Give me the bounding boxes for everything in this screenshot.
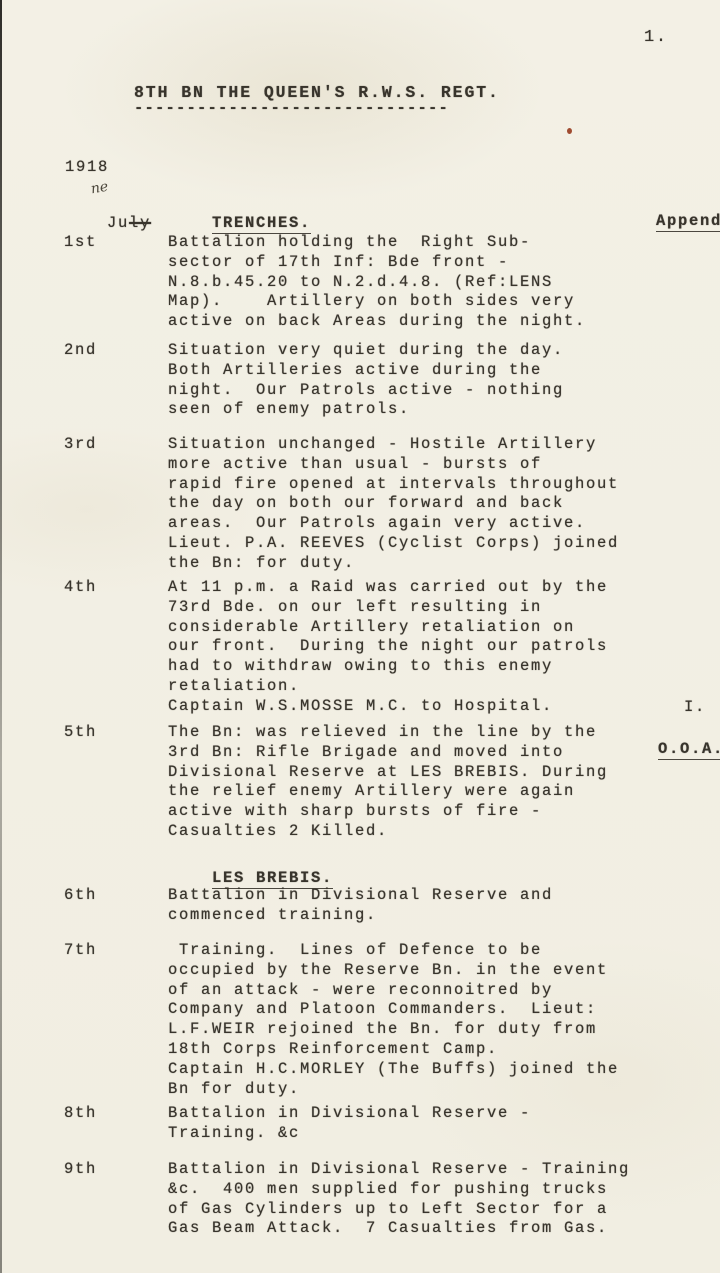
diary-entry-7th: 7th Training. Lines of Defence to be occ… (0, 941, 720, 1020)
entry-text: Battalion in Divisional Reserve - Traini… (168, 1160, 630, 1239)
entry-date: 9th (64, 1160, 97, 1180)
war-diary-page: 1. 8TH BN THE QUEEN'S R.W.S. REGT. -----… (0, 0, 720, 1273)
entry-text: Battalion holding the Right Sub- sector … (168, 233, 586, 332)
entry-date: 5th (64, 723, 97, 743)
diary-entry-5th: 5th The Bn: was relieved in the line by … (0, 723, 720, 802)
entry-text: Battalion in Divisional Reserve - Traini… (168, 1104, 531, 1144)
month-prefix: Ju (107, 214, 129, 232)
diary-entry-4th: 4th At 11 p.m. a Raid was carried out by… (0, 578, 720, 657)
handwritten-correction: ne (90, 178, 110, 200)
document-title-underline: ------------------------------ (134, 99, 449, 119)
diary-entry-9th: 9th Battalion in Divisional Reserve - Tr… (0, 1160, 720, 1239)
ink-spot (567, 128, 572, 134)
entry-text: At 11 p.m. a Raid was carried out by the… (168, 578, 608, 717)
entry-text: Situation very quiet during the day. Bot… (168, 341, 564, 420)
entry-date: 3rd (64, 435, 97, 455)
entry-date: 1st (64, 233, 97, 253)
page-number: 1. (644, 28, 668, 48)
month-struck-text: ly (129, 214, 151, 232)
diary-entry-1st: 1st Battalion holding the Right Sub- sec… (0, 233, 720, 312)
entry-text: Training. Lines of Defence to be occupie… (168, 941, 619, 1099)
entry-text: The Bn: was relieved in the line by the … (168, 723, 608, 842)
entry-date: 4th (64, 578, 97, 598)
margin-reference-numeral: I. (684, 698, 706, 718)
entry-text: Situation unchanged - Hostile Artillery … (168, 435, 619, 574)
entry-text: Battalion in Divisional Reserve and comm… (168, 886, 553, 926)
year-label: 1918 (65, 158, 109, 178)
entry-date: 7th (64, 941, 97, 961)
entry-date: 8th (64, 1104, 97, 1124)
entry-date: 6th (64, 886, 97, 906)
diary-entry-2nd: 2nd Situation very quiet during the day.… (0, 341, 720, 420)
entry-date: 2nd (64, 341, 97, 361)
diary-entry-3rd: 3rd Situation unchanged - Hostile Artill… (0, 435, 720, 514)
